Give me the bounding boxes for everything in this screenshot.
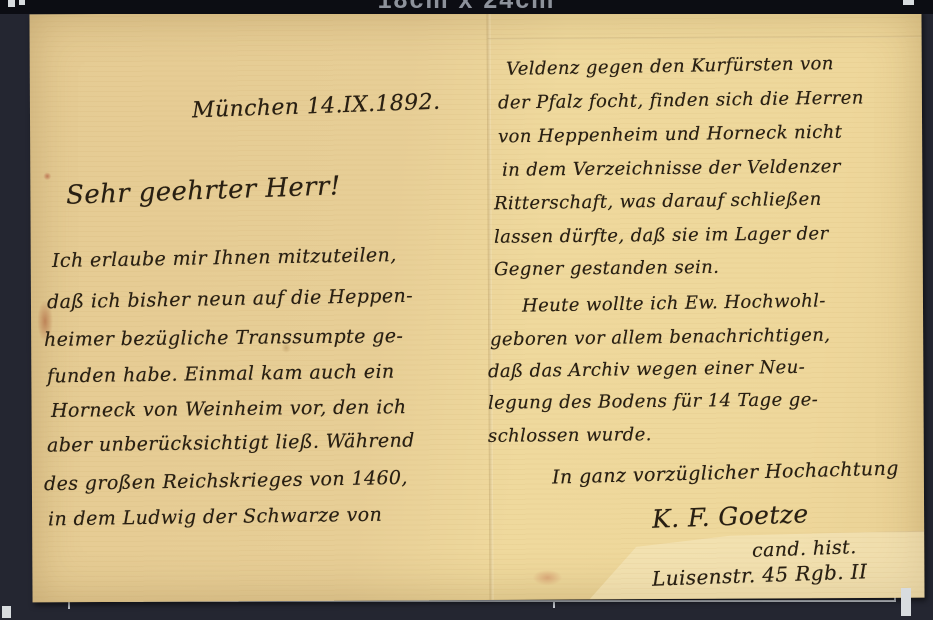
letter-line: lassen dürfte, daß sie im Lager der: [494, 223, 829, 248]
calibration-size-label: 18cm x 24cm: [0, 0, 933, 14]
calibration-bar: 18cm x 24cm: [0, 0, 933, 14]
letter-line: in dem Verzeichnisse der Veldenzer: [502, 156, 841, 181]
ruler-tick-bottom-right: [901, 588, 911, 616]
letter-line: Gegner gestanden sein.: [494, 257, 720, 280]
photographed-letter-scene: 18cm x 24cm München 14.IX.1892. Sehr gee…: [0, 0, 933, 620]
fold-crease-vertical: [486, 12, 493, 600]
frame-edge-mid-tick: [553, 601, 555, 608]
ruler-tick-bottom-left: [2, 606, 11, 618]
letter-line: daß das Archiv wegen einer Neu-: [488, 357, 805, 382]
letter-line: in dem Ludwig der Schwarze von: [48, 504, 382, 531]
letter-line: Horneck von Weinheim vor, den ich: [51, 396, 407, 422]
fold-crease-horizontal: [488, 36, 922, 40]
letter-line: legung des Bodens für 14 Tage ge-: [488, 389, 818, 413]
letter-line: schlossen wurde.: [488, 424, 652, 447]
ruler-tick-top-left-1: [8, 0, 15, 7]
paper-stain-dot: [43, 172, 51, 180]
letter-signature-title: cand. hist.: [752, 536, 857, 562]
letter-line: heimer bezügliche Transsumpte ge-: [44, 325, 403, 351]
ruler-tick-top-right: [903, 0, 914, 5]
letter-signature: K. F. Goetze: [652, 499, 809, 533]
paper-stain-bottom: [532, 570, 562, 586]
ruler-tick-top-left-2: [19, 0, 25, 5]
